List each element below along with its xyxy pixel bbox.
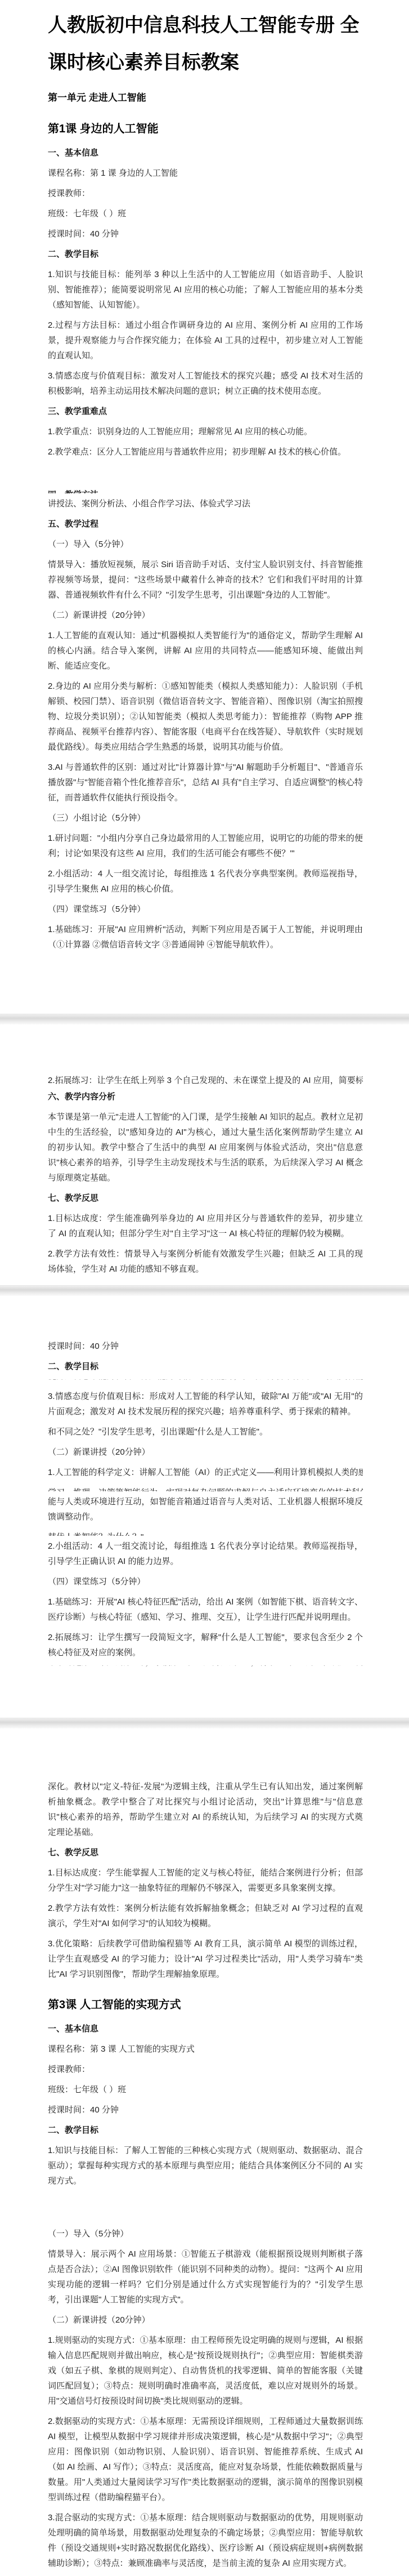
section-heading: 六、教学内容分析: [48, 1089, 363, 1104]
paragraph: 能与人类或环境进行互动，如智能音箱通过语音与人类对话、工业机器人根据环境反馈调整…: [48, 1494, 363, 1525]
lesson-heading: 第1课 身边的人工智能: [48, 121, 363, 137]
paragraph: 授课教师：: [48, 2062, 363, 2077]
paragraph: 深化。教材以"定义-特征-发展"为逻辑主线，注重从学生已有认知出发，通过案例解析…: [48, 1779, 363, 1840]
content-gap: [48, 1675, 363, 1718]
doc-title: 人教版初中信息科技人工智能专册 全课时核心素养目标教案: [48, 7, 363, 81]
paragraph: （四）课堂练习（5分钟）: [48, 902, 363, 917]
section-heading: 一、基本信息: [48, 145, 363, 161]
paragraph: 授课时间：40 分钟: [48, 2102, 363, 2118]
paragraph: （四）课堂练习（5分钟）: [48, 1574, 363, 1589]
content-gap: [48, 1024, 363, 1073]
page-break-divider: [0, 1014, 409, 1024]
document-page: 人教版初中信息科技人工智能专册 全课时核心素养目标教案第一单元 走进人工智能第1…: [0, 0, 409, 2576]
paragraph: 1.目标达成度：学生能掌握人工智能的定义与核心特征，能结合案例进行分析；但部分学…: [48, 1865, 363, 1896]
paragraph: 课程名称：第 1 课 身边的人工智能: [48, 166, 363, 181]
content-gap: [48, 957, 363, 1014]
lesson-heading: 第3课 人工智能的实现方式: [48, 1996, 363, 2013]
paragraph: 2.身边的 AI 应用分类与解析：①感知智能类（模拟人类感知能力）：人脸识别（手…: [48, 679, 363, 755]
paragraph: 班级：七年级（ ）班: [48, 2082, 363, 2097]
clipped-text: 提升逻辑思维能力、自主探究能力与信息获取能力；在对比分析中体会 AI 与人类智能…: [48, 1379, 363, 1384]
paragraph: 授课时间：40 分钟: [48, 1339, 363, 1354]
paragraph: 课程名称：第 3 课 人工智能的实现方式: [48, 2042, 363, 2057]
paragraph: 3.情感态度与价值观目标：激发对人工智能技术的探究兴趣；感受 AI 技术对生活的…: [48, 368, 363, 399]
paragraph: 1.知识与技能目标：能列举 3 种以上生活中的人工智能应用（如语音助手、人脸识别…: [48, 267, 363, 313]
paragraph: 2.拓展练习：让学生撰写一段简短文字，解释"什么是人工智能"，要求包含至少 2 …: [48, 1630, 363, 1660]
content-gap: [48, 1296, 363, 1339]
paragraph: 1.研讨问题："小组内分享自己身边最常用的人工智能应用，说明它的功能的带来的便利…: [48, 831, 363, 861]
paragraph: 1.基础练习：开展"AI 应用辨析"活动，判断下列应用是否属于人工智能，并说明理…: [48, 922, 363, 952]
paragraph: （一）导入（5分钟）: [48, 2226, 363, 2241]
paragraph-clipped-top: 学习、推理、决策等智能行为，实现对复杂问题的求解与自主适应环境变化的技术科学。: [48, 1485, 363, 1491]
clipped-text: 本节课是第一单元的第2课，承接第1课"感知身边的 AI"，将学生对 AI 的感性…: [48, 1665, 363, 1670]
unit-heading: 第一单元 走进人工智能: [48, 90, 363, 106]
paragraph: 3.情感态度与价值观目标：形成对人工智能的科学认知，破除"AI 万能"或"AI …: [48, 1389, 363, 1419]
section-heading: 二、教学目标: [48, 2123, 363, 2138]
paragraph-truncated: 2.拓展练习：让学生在纸上列举 3 个自己发现的、未在课堂上提及的 AI 应用，…: [48, 1073, 363, 1088]
section-heading: 七、教学反思: [48, 1845, 363, 1860]
page-break-divider: [0, 1285, 409, 1296]
paragraph: 和不同之处？"引发学生思考，引出课题"什么是人工智能"。: [48, 1424, 363, 1439]
paragraph-clipped-bottom: 提升逻辑思维能力、自主探究能力与信息获取能力；在对比分析中体会 AI 与人类智能…: [48, 1379, 363, 1384]
paragraph: 班级：七年级（ ）班: [48, 206, 363, 221]
paragraph: 2.教学难点：区分人工智能应用与普通软件应用；初步理解 AI 技术的核心价值。: [48, 444, 363, 460]
content-gap: [48, 2194, 363, 2226]
content-gap: [48, 465, 363, 487]
paragraph: 1.规则驱动的实现方式：①基本原理：由工程师预先设定明确的规则与逻辑，AI 根据…: [48, 2333, 363, 2409]
paragraph-clipped-top: 替代人类智能？为什么？": [48, 1530, 363, 1536]
paragraph: 2.小组活动：4 人一组交流讨论，每组推选 1 名代表分享讨论结果。教师巡视指导…: [48, 1539, 363, 1569]
paragraph: 2.教学方法有效性：案例分析法能有效拆解抽象概念；但缺乏对 AI 学习过程的直观…: [48, 1901, 363, 1931]
clipped-text: 替代人类智能？为什么？": [48, 1530, 363, 1536]
paragraph: 2.数据驱动的实现方式：①基本原理：无需预设详细规则，工程师通过大量数据训练 A…: [48, 2414, 363, 2505]
paragraph: 情景导入：播放短视频，展示 Siri 语音助手对话、支付宝人脸识别支付、抖音智能…: [48, 557, 363, 603]
paragraph: 情景导入：展示两个 AI 应用场景：①智能五子棋游戏（能根据预设规则判断棋子落点…: [48, 2247, 363, 2307]
document-content: 人教版初中信息科技人工智能专册 全课时核心素养目标教案第一单元 走进人工智能第1…: [48, 7, 363, 2571]
paragraph: 2.小组活动：4 人一组交流讨论，每组推选 1 名代表分享典型案例。教师巡视指导…: [48, 866, 363, 897]
paragraph-clipped-bottom: 本节课是第一单元的第2课，承接第1课"感知身边的 AI"，将学生对 AI 的感性…: [48, 1665, 363, 1670]
paragraph-clipped-top: 四、教学方法: [48, 487, 363, 493]
paragraph: 3.优化策略：后续教学可借助编程猫等 AI 教育工具，演示简单 AI 模型的训练…: [48, 1936, 363, 1982]
section-heading: 一、基本信息: [48, 2021, 363, 2036]
paragraph: 1.目标达成度：学生能准确列举身边的 AI 应用并区分与普通软件的差异，初步建立…: [48, 1211, 363, 1241]
paragraph: 2.教学方法有效性：情景导入与案例分析能有效激发学生兴趣；但缺乏 AI 工具的现…: [48, 1246, 363, 1277]
paragraph: 1.知识与技能目标：了解人工智能的三种核心实现方式（规则驱动、数据驱动、混合驱动…: [48, 2143, 363, 2189]
section-heading: 五、教学过程: [48, 516, 363, 532]
section-heading: 三、教学重难点: [48, 404, 363, 419]
paragraph: （二）新课讲授（20分钟）: [48, 2312, 363, 2328]
page-break-divider: [0, 1718, 409, 1728]
paragraph: 2.过程与方法目标：通过小组合作调研身边的 AI 应用、案例分析 AI 应用的工…: [48, 318, 363, 363]
section-heading: 二、教学目标: [48, 247, 363, 262]
paragraph-truncated: 1.人工智能的科学定义：讲解人工智能（AI）的正式定义——利用计算机模拟人类的感…: [48, 1465, 363, 1480]
paragraph: 1.基础练习：开展"AI 核心特征匹配"活动，给出 AI 案例（如智能下棋、语音…: [48, 1594, 363, 1625]
paragraph: 3.混合驱动的实现方式：①基本原理：结合规则驱动与数据驱动的优势，用规则驱动处理…: [48, 2510, 363, 2571]
clipped-text: 四、教学方法: [48, 487, 363, 493]
paragraph: 本节课是第一单元"走进人工智能"的入门课，是学生接触 AI 知识的起点。教材立足…: [48, 1109, 363, 1186]
section-heading: 二、教学目标: [48, 1359, 363, 1374]
paragraph: 授课时间：40 分钟: [48, 226, 363, 242]
paragraph: （二）新课讲授（20分钟）: [48, 1445, 363, 1460]
paragraph: （二）新课讲授（20分钟）: [48, 608, 363, 623]
paragraph: （一）导入（5分钟）: [48, 537, 363, 552]
content-gap: [48, 1728, 363, 1779]
paragraph: （三）小组讨论（5分钟）: [48, 810, 363, 826]
paragraph: 1.教学重点：识别身边的人工智能应用；理解常见 AI 应用的核心功能。: [48, 424, 363, 439]
paragraph: 授课教师：: [48, 186, 363, 201]
paragraph: 1.人工智能的直观认知：通过"机器模拟人类智能行为"的通俗定义，帮助学生理解 A…: [48, 628, 363, 674]
section-heading: 七、教学反思: [48, 1191, 363, 1206]
clipped-text: 学习、推理、决策等智能行为，实现对复杂问题的求解与自主适应环境变化的技术科学。: [48, 1485, 363, 1491]
paragraph: 讲授法、案例分析法、小组合作学习法、体验式学习法: [48, 496, 363, 511]
paragraph: 3.AI 与普通软件的区别：通过对比"计算器计算"与"AI 解题助手分析题目"、…: [48, 760, 363, 805]
